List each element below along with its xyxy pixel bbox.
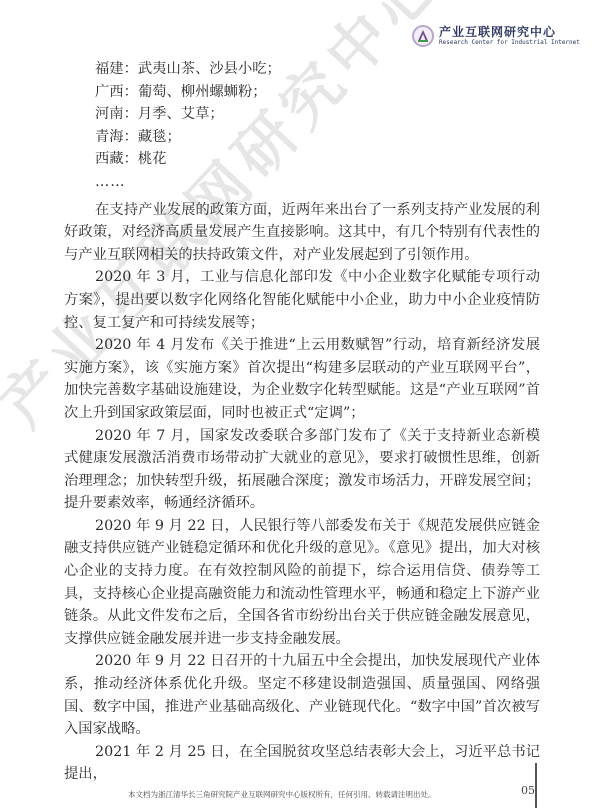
list-item: 青海：藏毯； [64,126,540,149]
paragraph: 2020 年 7 月，国家发改委联合多部门发布了《关于支持新业态新模式健康发展激… [64,425,540,515]
org-name-cn: 产业互联网研究中心 [439,26,580,38]
footer-divider [535,763,537,808]
list-item: 福建：武夷山茶、沙县小吃； [64,58,540,81]
list-item: 河南：月季、艾草； [64,103,540,126]
list-item: 广西：葡萄、柳州螺蛳粉； [64,81,540,104]
header-logo: 产业互联网研究中心 Research Center for Industrial… [412,25,580,47]
paragraph: 2021 年 2 月 25 日，在全国脱贫攻坚总结表彰大会上，习近平总书记提出， [64,741,540,786]
paragraph: 2020 年 9 月 22 日，人民银行等八部委发布关于《规范发展供应链金融支持… [64,515,540,651]
list-ellipsis: …… [64,171,540,194]
paragraph: 2020 年 4 月发布《关于推进“上云用数赋智”行动，培育新经济发展实施方案》… [64,334,540,424]
page-number: 05 [521,784,535,797]
org-name-en: Research Center for Industrial Internet [439,40,580,46]
list-item: 西藏：桃花 [64,148,540,171]
paragraph: 2020 年 9 月 22 日召开的十九届五中全会提出，加快发展现代产业体系，推… [64,650,540,740]
institute-emblem-icon [412,25,434,47]
document-body: 福建：武夷山茶、沙县小吃； 广西：葡萄、柳州螺蛳粉； 河南：月季、艾草； 青海：… [64,58,540,786]
paragraph: 在支持产业发展的政策方面，近两年来出台了一系列支持产业发展的利好政策，对经济高质… [64,199,540,267]
copyright-notice: 本文档为浙江清华长三角研究院产业互联网研究中心版权所有，任何引用、转载请注明出处… [128,789,436,800]
paragraph: 2020 年 3 月，工业与信息化部印发《中小企业数字化赋能专项行动方案》，提出… [64,266,540,334]
